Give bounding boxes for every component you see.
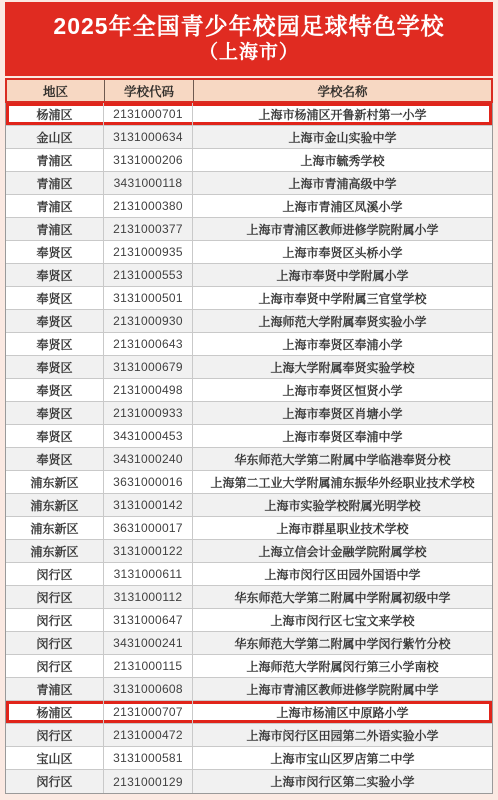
school-code-cell: 3131000611 <box>103 563 192 585</box>
table-row: 浦东新区 3631000016 上海第二工业大学附属浦东振华外经职业技术学校 <box>6 471 492 494</box>
district-cell: 青浦区 <box>6 172 103 194</box>
table-row: 奉贤区 3431000453 上海市奉贤区奉浦中学 <box>6 425 492 448</box>
school-name-cell: 上海市奉贤区头桥小学 <box>192 241 492 263</box>
title-banner: 2025年全国青少年校园足球特色学校 （上海市） <box>5 2 493 76</box>
table-row: 奉贤区 3431000240 华东师范大学第二附属中学临港奉贤分校 <box>6 448 492 471</box>
table-row: 奉贤区 3131000679 上海大学附属奉贤实验学校 <box>6 356 492 379</box>
school-name-cell: 上海市宝山区罗店第二中学 <box>192 747 492 769</box>
district-cell: 奉贤区 <box>6 287 103 309</box>
table-row: 奉贤区 2131000935 上海市奉贤区头桥小学 <box>6 241 492 264</box>
district-cell: 金山区 <box>6 126 103 148</box>
district-cell: 闵行区 <box>6 632 103 654</box>
table-row: 青浦区 3131000608 上海市青浦区教师进修学院附属中学 <box>6 678 492 701</box>
table-row: 浦东新区 3131000122 上海立信会计金融学院附属学校 <box>6 540 492 563</box>
table-row: 奉贤区 3131000501 上海市奉贤中学附属三官堂学校 <box>6 287 492 310</box>
school-name-cell: 上海大学附属奉贤实验学校 <box>192 356 492 378</box>
school-name-cell: 上海市实验学校附属光明学校 <box>192 494 492 516</box>
district-cell: 奉贤区 <box>6 402 103 424</box>
table-row: 浦东新区 3131000142 上海市实验学校附属光明学校 <box>6 494 492 517</box>
school-name-cell: 上海市奉贤区奉浦中学 <box>192 425 492 447</box>
district-cell: 奉贤区 <box>6 310 103 332</box>
table-row: 奉贤区 2131000933 上海市奉贤区肖塘小学 <box>6 402 492 425</box>
table-row: 奉贤区 2131000498 上海市奉贤区恒贤小学 <box>6 379 492 402</box>
table-row: 青浦区 2131000377 上海市青浦区教师进修学院附属小学 <box>6 218 492 241</box>
table-row: 闵行区 3131000647 上海市闵行区七宝文来学校 <box>6 609 492 632</box>
column-header-district: 地区 <box>7 80 104 101</box>
school-name-cell: 上海市奉贤区恒贤小学 <box>192 379 492 401</box>
table-row: 闵行区 2131000115 上海师范大学附属闵行第三小学南校 <box>6 655 492 678</box>
school-code-cell: 3431000240 <box>103 448 192 470</box>
school-name-cell: 上海立信会计金融学院附属学校 <box>192 540 492 562</box>
school-code-cell: 2131000933 <box>103 402 192 424</box>
district-cell: 奉贤区 <box>6 264 103 286</box>
school-code-cell: 3131000112 <box>103 586 192 608</box>
school-code-cell: 2131000472 <box>103 724 192 746</box>
school-code-cell: 3131000122 <box>103 540 192 562</box>
table-row: 青浦区 3131000206 上海市毓秀学校 <box>6 149 492 172</box>
school-name-cell: 华东师范大学第二附属中学附属初级中学 <box>192 586 492 608</box>
school-name-cell: 上海第二工业大学附属浦东振华外经职业技术学校 <box>192 471 492 493</box>
table-row: 青浦区 3431000118 上海市青浦高级中学 <box>6 172 492 195</box>
school-code-cell: 3431000241 <box>103 632 192 654</box>
school-name-cell: 上海市毓秀学校 <box>192 149 492 171</box>
district-cell: 青浦区 <box>6 195 103 217</box>
school-code-cell: 3431000453 <box>103 425 192 447</box>
school-code-cell: 3631000017 <box>103 517 192 539</box>
column-header-school-name: 学校名称 <box>193 80 491 101</box>
table-row: 闵行区 3431000241 华东师范大学第二附属中学闵行紫竹分校 <box>6 632 492 655</box>
district-cell: 青浦区 <box>6 149 103 171</box>
school-name-cell: 上海市青浦区教师进修学院附属中学 <box>192 678 492 700</box>
school-name-cell: 上海市奉贤中学附属小学 <box>192 264 492 286</box>
school-name-cell: 上海市杨浦区中原路小学 <box>192 701 492 723</box>
school-code-cell: 2131000498 <box>103 379 192 401</box>
table-header-row: 地区 学校代码 学校名称 <box>5 78 493 103</box>
page-subtitle: （上海市） <box>199 43 299 64</box>
school-name-cell: 上海师范大学附属闵行第三小学南校 <box>192 655 492 677</box>
school-code-cell: 3131000679 <box>103 356 192 378</box>
school-code-cell: 2131000643 <box>103 333 192 355</box>
district-cell: 闵行区 <box>6 563 103 585</box>
table-row: 浦东新区 3631000017 上海市群星职业技术学校 <box>6 517 492 540</box>
district-cell: 奉贤区 <box>6 379 103 401</box>
district-cell: 闵行区 <box>6 655 103 677</box>
school-code-cell: 3131000634 <box>103 126 192 148</box>
school-name-cell: 上海市闵行区七宝文来学校 <box>192 609 492 631</box>
table-row: 闵行区 3131000611 上海市闵行区田园外国语中学 <box>6 563 492 586</box>
school-name-cell: 上海市青浦区教师进修学院附属小学 <box>192 218 492 240</box>
school-name-cell: 华东师范大学第二附属中学闵行紫竹分校 <box>192 632 492 654</box>
page: 2025年全国青少年校园足球特色学校 （上海市） 地区 学校代码 学校名称 杨浦… <box>0 0 498 800</box>
school-name-cell: 上海市闵行区第二实验小学 <box>192 770 492 793</box>
table-row: 奉贤区 2131000643 上海市奉贤区奉浦小学 <box>6 333 492 356</box>
school-code-cell: 3131000501 <box>103 287 192 309</box>
school-code-cell: 3431000118 <box>103 172 192 194</box>
table-row: 青浦区 2131000380 上海市青浦区凤溪小学 <box>6 195 492 218</box>
district-cell: 奉贤区 <box>6 356 103 378</box>
school-name-cell: 上海市奉贤中学附属三官堂学校 <box>192 287 492 309</box>
school-code-cell: 2131000707 <box>103 701 192 723</box>
school-code-cell: 2131000930 <box>103 310 192 332</box>
district-cell: 杨浦区 <box>6 701 103 723</box>
school-name-cell: 上海市闵行区田园第二外语实验小学 <box>192 724 492 746</box>
school-name-cell: 上海市闵行区田园外国语中学 <box>192 563 492 585</box>
school-code-cell: 3131000608 <box>103 678 192 700</box>
district-cell: 浦东新区 <box>6 517 103 539</box>
school-name-cell: 上海市金山实验中学 <box>192 126 492 148</box>
district-cell: 宝山区 <box>6 747 103 769</box>
district-cell: 奉贤区 <box>6 241 103 263</box>
school-code-cell: 3131000142 <box>103 494 192 516</box>
school-code-cell: 2131000115 <box>103 655 192 677</box>
table-row: 金山区 3131000634 上海市金山实验中学 <box>6 126 492 149</box>
school-code-cell: 3131000581 <box>103 747 192 769</box>
column-header-school-code: 学校代码 <box>104 80 193 101</box>
school-name-cell: 上海师范大学附属奉贤实验小学 <box>192 310 492 332</box>
school-name-cell: 上海市杨浦区开鲁新村第一小学 <box>192 103 492 125</box>
district-cell: 奉贤区 <box>6 425 103 447</box>
school-table: 地区 学校代码 学校名称 杨浦区 2131000701 上海市杨浦区开鲁新村第一… <box>5 78 493 794</box>
school-code-cell: 2131000553 <box>103 264 192 286</box>
district-cell: 闵行区 <box>6 770 103 793</box>
table-row: 奉贤区 2131000553 上海市奉贤中学附属小学 <box>6 264 492 287</box>
school-name-cell: 上海市群星职业技术学校 <box>192 517 492 539</box>
school-name-cell: 上海市奉贤区奉浦小学 <box>192 333 492 355</box>
table-row: 杨浦区 2131000707 上海市杨浦区中原路小学 <box>6 701 492 724</box>
school-code-cell: 2131000380 <box>103 195 192 217</box>
district-cell: 浦东新区 <box>6 540 103 562</box>
district-cell: 奉贤区 <box>6 333 103 355</box>
school-code-cell: 2131000935 <box>103 241 192 263</box>
school-code-cell: 2131000129 <box>103 770 192 793</box>
table-row: 宝山区 3131000581 上海市宝山区罗店第二中学 <box>6 747 492 770</box>
district-cell: 青浦区 <box>6 678 103 700</box>
district-cell: 杨浦区 <box>6 103 103 125</box>
school-code-cell: 2131000701 <box>103 103 192 125</box>
school-name-cell: 华东师范大学第二附属中学临港奉贤分校 <box>192 448 492 470</box>
school-name-cell: 上海市青浦高级中学 <box>192 172 492 194</box>
table-row: 闵行区 3131000112 华东师范大学第二附属中学附属初级中学 <box>6 586 492 609</box>
district-cell: 浦东新区 <box>6 471 103 493</box>
table-body: 杨浦区 2131000701 上海市杨浦区开鲁新村第一小学 金山区 313100… <box>5 103 493 794</box>
district-cell: 青浦区 <box>6 218 103 240</box>
page-title: 2025年全国青少年校园足球特色学校 <box>53 14 444 39</box>
district-cell: 闵行区 <box>6 586 103 608</box>
school-code-cell: 2131000377 <box>103 218 192 240</box>
school-name-cell: 上海市奉贤区肖塘小学 <box>192 402 492 424</box>
table-row: 闵行区 2131000472 上海市闵行区田园第二外语实验小学 <box>6 724 492 747</box>
school-code-cell: 3131000647 <box>103 609 192 631</box>
table-row: 闵行区 2131000129 上海市闵行区第二实验小学 <box>6 770 492 793</box>
school-code-cell: 3131000206 <box>103 149 192 171</box>
district-cell: 浦东新区 <box>6 494 103 516</box>
school-name-cell: 上海市青浦区凤溪小学 <box>192 195 492 217</box>
table-row: 杨浦区 2131000701 上海市杨浦区开鲁新村第一小学 <box>6 103 492 126</box>
district-cell: 闵行区 <box>6 609 103 631</box>
school-code-cell: 3631000016 <box>103 471 192 493</box>
table-row: 奉贤区 2131000930 上海师范大学附属奉贤实验小学 <box>6 310 492 333</box>
district-cell: 奉贤区 <box>6 448 103 470</box>
district-cell: 闵行区 <box>6 724 103 746</box>
